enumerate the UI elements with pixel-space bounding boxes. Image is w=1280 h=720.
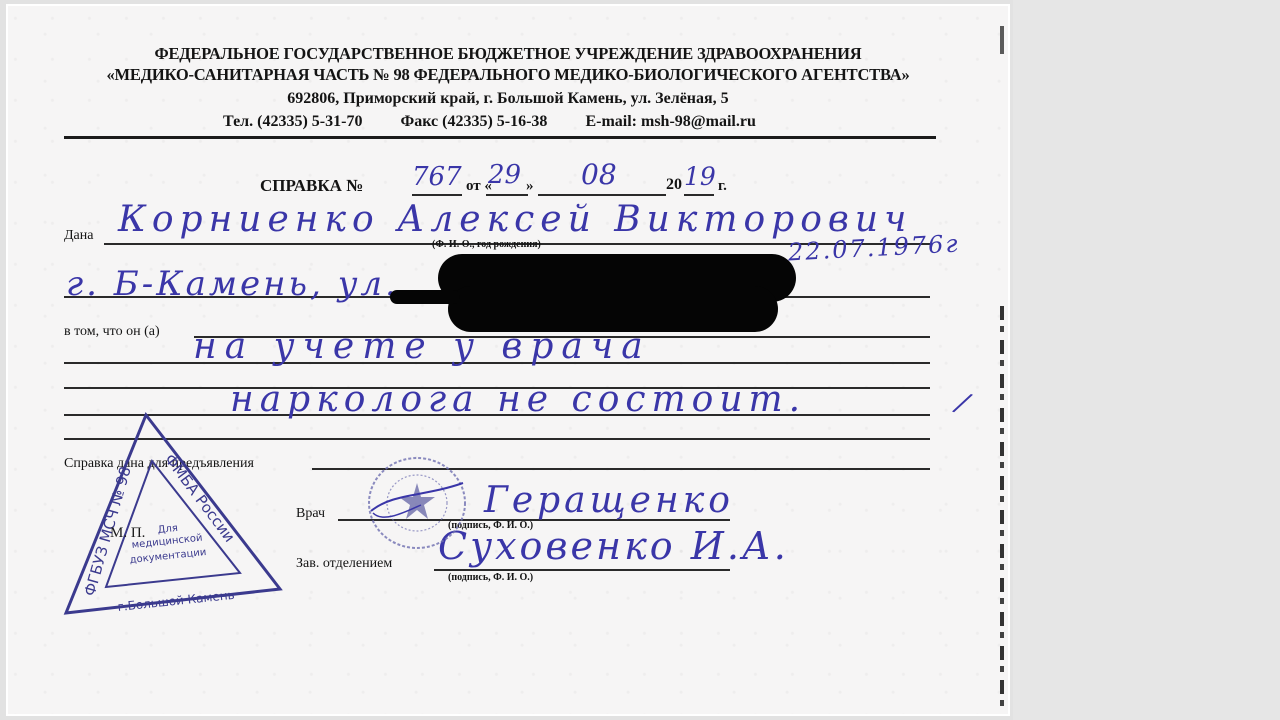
stamp-center-line1: Для <box>157 523 178 536</box>
fax: Факс (42335) 5-16-38 <box>400 113 547 130</box>
statement-line-1: на учете у врача <box>193 326 651 367</box>
header-rule <box>64 136 936 139</box>
certificate-year: 19 <box>684 162 716 191</box>
year-prefix: 20 <box>666 176 682 194</box>
certificate-day: 29 <box>488 160 521 190</box>
institution-address: 692806, Приморский край, г. Большой Каме… <box>8 90 1008 108</box>
triangle-stamp: ФГБУЗ МСЧ № 98 ФМБА России г.Большой Кам… <box>60 411 290 626</box>
statement-line-2: нарколога не состоит. <box>230 379 806 420</box>
round-doctor-stamp <box>363 453 471 553</box>
scan-edge-mark <box>1000 306 1004 706</box>
certificate-title: СПРАВКА № <box>260 176 363 196</box>
doctor-signature: Геращенко <box>484 480 734 521</box>
title-label: СПРАВКА № <box>260 176 363 195</box>
phone: Тел. (42335) 5-31-70 <box>223 113 362 130</box>
certificate-month: 08 <box>581 158 617 191</box>
head-label: Зав. отделением <box>296 556 392 572</box>
redaction-mark <box>390 290 460 304</box>
issued-to-label: Дана <box>64 228 93 244</box>
certificate-number: 767 <box>412 162 462 192</box>
patient-name: Корниенко Алексей Викторович <box>118 199 912 240</box>
medical-certificate-page: ФЕДЕРАЛЬНОЕ ГОСУДАРСТВЕННОЕ БЮДЖЕТНОЕ УЧ… <box>8 6 1008 714</box>
year-unit: г. <box>718 178 727 195</box>
institution-name-line1: ФЕДЕРАЛЬНОЕ ГОСУДАРСТВЕННОЕ БЮДЖЕТНОЕ УЧ… <box>8 44 1008 64</box>
patient-address: г. Б-Камень, ул. <box>66 264 399 304</box>
institution-name-line2: «МЕДИКО-САНИТАРНАЯ ЧАСТЬ № 98 ФЕДЕРАЛЬНО… <box>8 65 1008 85</box>
stray-ink-mark: / <box>953 385 973 419</box>
day-close: » <box>526 178 534 195</box>
doctor-label: Врач <box>296 506 325 522</box>
institution-contacts: Тел. (42335) 5-31-70 Факс (42335) 5-16-3… <box>223 113 790 131</box>
statement-label: в том, что он (а) <box>64 324 160 340</box>
head-hint: (подпись, Ф. И. О.) <box>448 572 533 583</box>
stamp-bottom-text: г.Большой Камень <box>117 588 235 614</box>
name-hint: (Ф. И. О., год рождения) <box>432 239 541 250</box>
head-signature: Суховенко И.А. <box>438 524 789 568</box>
email: E-mail: msh-98@mail.ru <box>585 113 755 130</box>
seal-label: М. П. <box>110 525 145 541</box>
